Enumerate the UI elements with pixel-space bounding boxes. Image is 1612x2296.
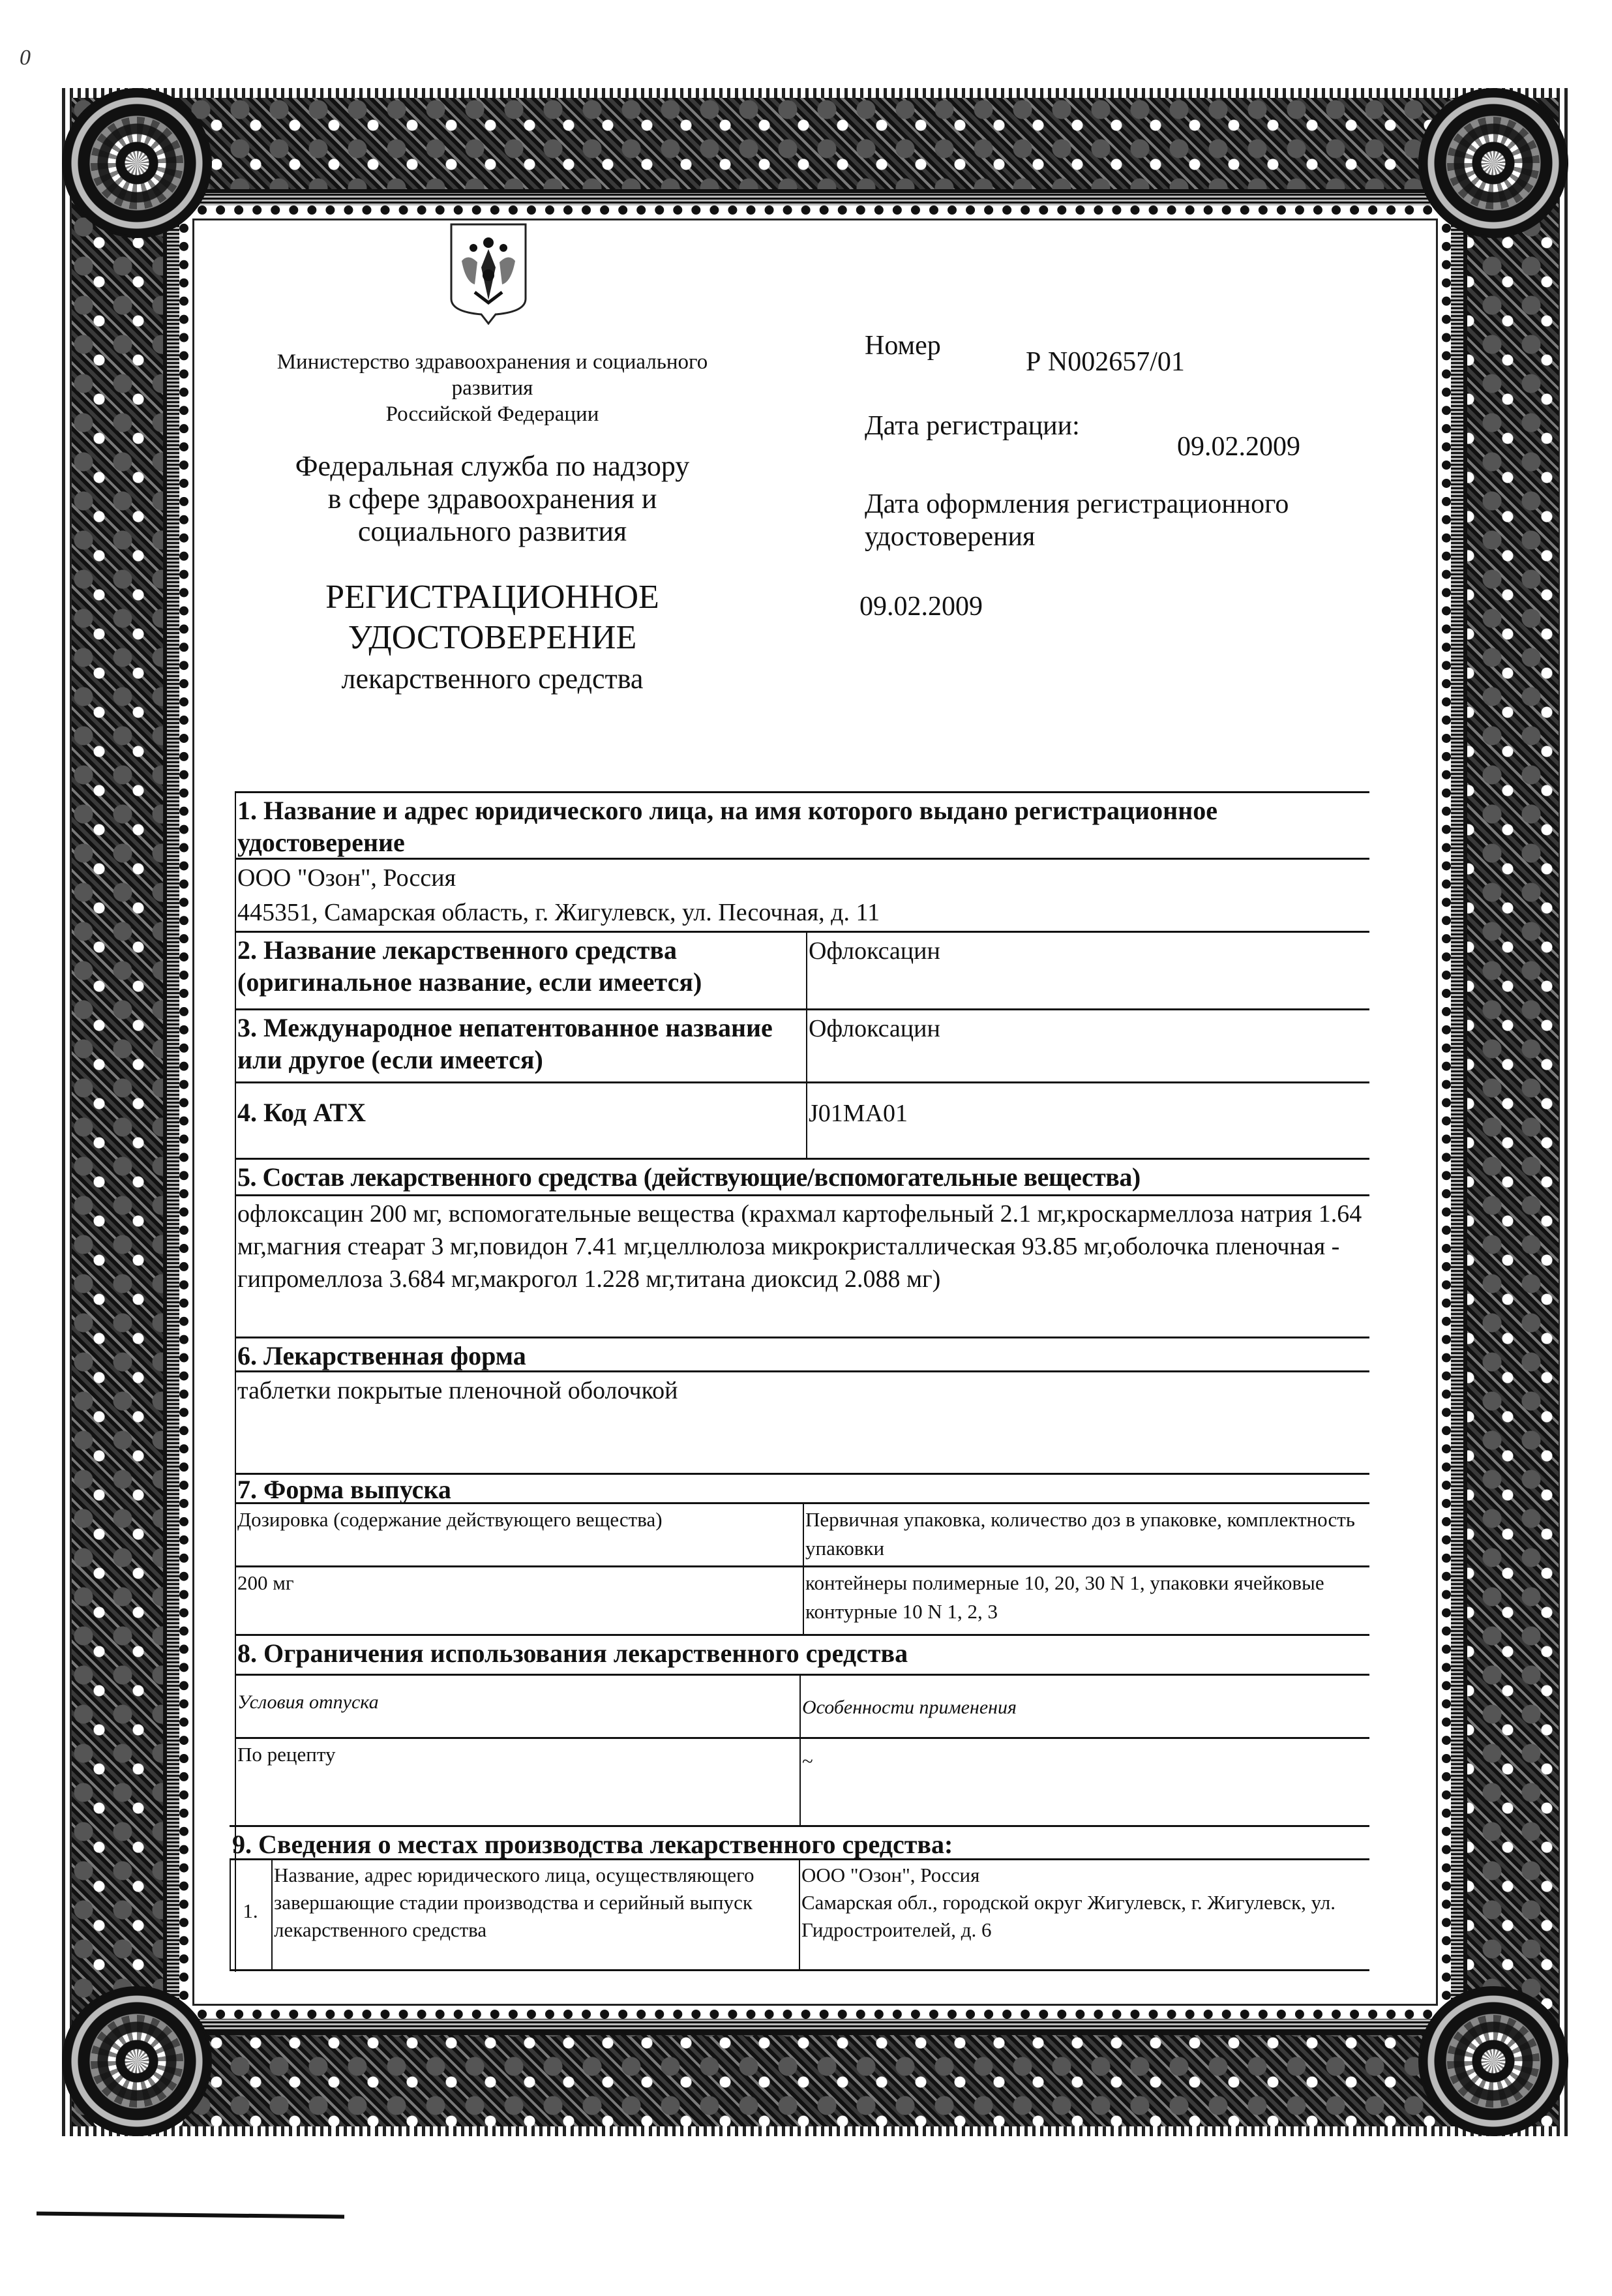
bottom-rule (37, 2212, 344, 2219)
handwritten-mark: 0 (20, 46, 31, 70)
ministry-name: Министерство здравоохранения и социально… (222, 349, 763, 427)
column-divider (271, 1858, 273, 1971)
coat-of-arms-icon (449, 222, 528, 325)
section-6-title: 6. Лекарственная форма (235, 1337, 1369, 1370)
section-1-address: 445351, Самарская область, г. Жигулевск,… (235, 894, 1369, 931)
section-7-col1-header: Дозировка (содержание действующего вещес… (235, 1502, 803, 1565)
section-6-value: таблетки покрытые пленочной оболочкой (235, 1370, 1369, 1473)
section-1-org: ООО "Озон", Россия (235, 858, 1369, 894)
ornament-corner-bottom-right-icon (1418, 1986, 1568, 2136)
manufacturer-org: ООО "Озон", Россия (801, 1862, 1367, 1889)
section-9-row-value: ООО "Озон", Россия Самарская обл., город… (799, 1858, 1369, 1971)
section-9-title: 9. Сведения о местах производства лекарс… (230, 1825, 1369, 1858)
document-title: РЕГИСТРАЦИОННОЕ УДОСТОВЕРЕНИЕ (222, 577, 763, 658)
column-divider (803, 1502, 804, 1634)
section-7-title: 7. Форма выпуска (235, 1473, 1369, 1502)
section-4-value: J01MA01 (806, 1081, 1369, 1158)
issue-date: 09.02.2009 (859, 590, 983, 623)
section-7-col2-header: Первичная упаковка, количество доз в упа… (803, 1502, 1369, 1565)
ornament-corner-bottom-left-icon (62, 1986, 212, 2136)
column-divider (799, 1858, 800, 1971)
section-5-title: 5. Состав лекарственного средства (дейст… (235, 1158, 1369, 1194)
section-5-value: офлоксацин 200 мг, вспомогательные вещес… (235, 1194, 1369, 1337)
registration-number: Р N002657/01 (1026, 346, 1185, 378)
issue-date-label: Дата оформления регистрационного удостов… (865, 488, 1386, 553)
registration-date-label: Дата регистрации: (865, 410, 1080, 442)
section-9-row-label: Название, адрес юридического лица, осуще… (271, 1858, 799, 1971)
section-9-row-number: 1. (230, 1858, 271, 1971)
ornament-corner-top-right-icon (1418, 88, 1568, 238)
section-4-title: 4. Код АТХ (235, 1081, 806, 1158)
section-7-packaging: контейнеры полимерные 10, 20, 30 N 1, уп… (803, 1565, 1369, 1634)
column-divider (799, 1674, 801, 1825)
registration-date: 09.02.2009 (1177, 430, 1300, 463)
section-8-col1-header: Условия отпуска (235, 1674, 799, 1737)
section-3-value: Офлоксацин (806, 1008, 1369, 1081)
section-1-title: 1. Название и адрес юридического лица, н… (235, 791, 1369, 858)
column-divider (806, 931, 807, 1158)
section-7-dosage: 200 мг (235, 1565, 803, 1634)
section-8-usage: ~ (799, 1737, 1369, 1825)
number-label: Номер (865, 329, 941, 362)
section-2-title: 2. Название лекарственного средства (ори… (235, 931, 806, 1008)
section-8-title: 8. Ограничения использования лекарственн… (235, 1634, 1369, 1674)
table-left-border (230, 1858, 231, 1971)
section-8-dispensing: По рецепту (235, 1737, 799, 1825)
section-2-value: Офлоксацин (806, 931, 1369, 1008)
document-subtitle: лекарственного средства (222, 662, 763, 696)
federal-service-name: Федеральная служба по надзору в сфере зд… (222, 450, 763, 548)
section-3-title: 3. Международное непатентованное названи… (235, 1008, 806, 1081)
manufacturer-address: Самарская обл., городской округ Жигулевс… (801, 1889, 1367, 1944)
ornament-corner-top-left-icon (62, 88, 212, 238)
section-8-col2-header: Особенности применения (799, 1674, 1369, 1737)
